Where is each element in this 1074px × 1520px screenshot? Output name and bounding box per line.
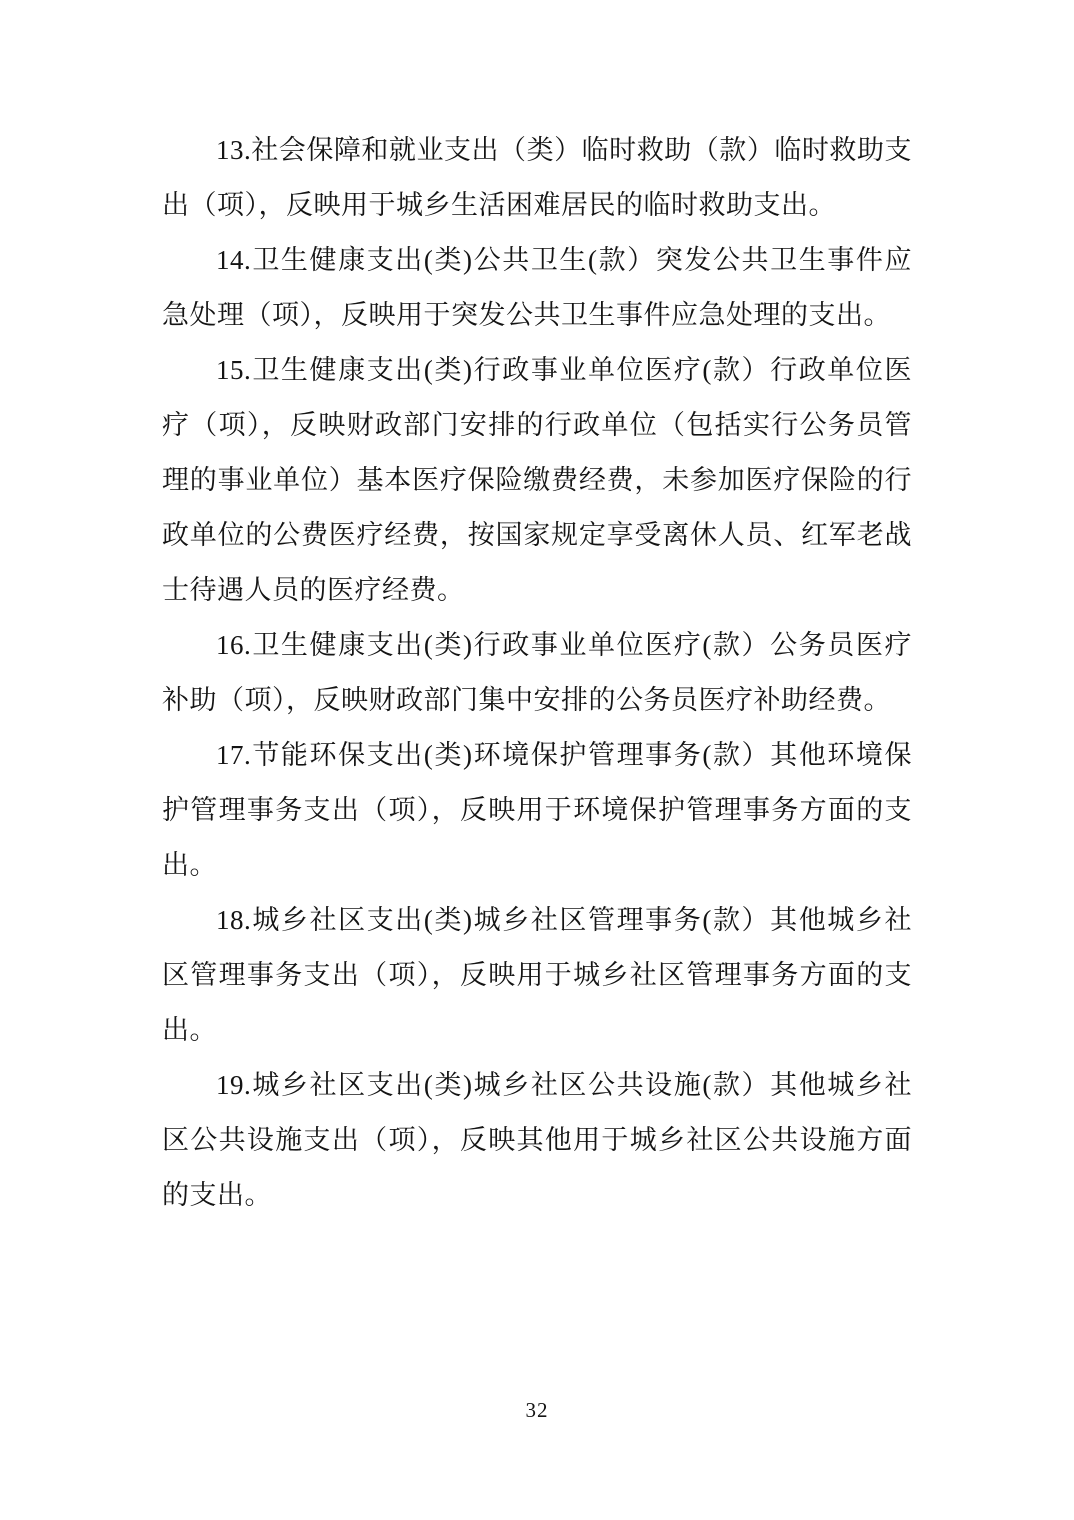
paragraph-item-19: 19.城乡社区支出(类)城乡社区公共设施(款）其他城乡社区公共设施支出（项），反…: [162, 1058, 912, 1223]
paragraph-item-15: 15.卫生健康支出(类)行政事业单位医疗(款）行政单位医疗（项），反映财政部门安…: [162, 343, 912, 618]
page-footer: 32: [0, 1398, 1074, 1423]
paragraph-item-14: 14.卫生健康支出(类)公共卫生(款）突发公共卫生事件应急处理（项），反映用于突…: [162, 233, 912, 343]
paragraph-item-18: 18.城乡社区支出(类)城乡社区管理事务(款）其他城乡社区管理事务支出（项），反…: [162, 893, 912, 1058]
paragraph-item-16: 16.卫生健康支出(类)行政事业单位医疗(款）公务员医疗补助（项），反映财政部门…: [162, 618, 912, 728]
document-page: 13.社会保障和就业支出（类）临时救助（款）临时救助支出（项），反映用于城乡生活…: [0, 0, 1074, 1520]
paragraph-item-13: 13.社会保障和就业支出（类）临时救助（款）临时救助支出（项），反映用于城乡生活…: [162, 123, 912, 233]
paragraph-item-17: 17.节能环保支出(类)环境保护管理事务(款）其他环境保护管理事务支出（项），反…: [162, 728, 912, 893]
document-body: 13.社会保障和就业支出（类）临时救助（款）临时救助支出（项），反映用于城乡生活…: [162, 123, 912, 1223]
page-number: 32: [526, 1398, 549, 1422]
